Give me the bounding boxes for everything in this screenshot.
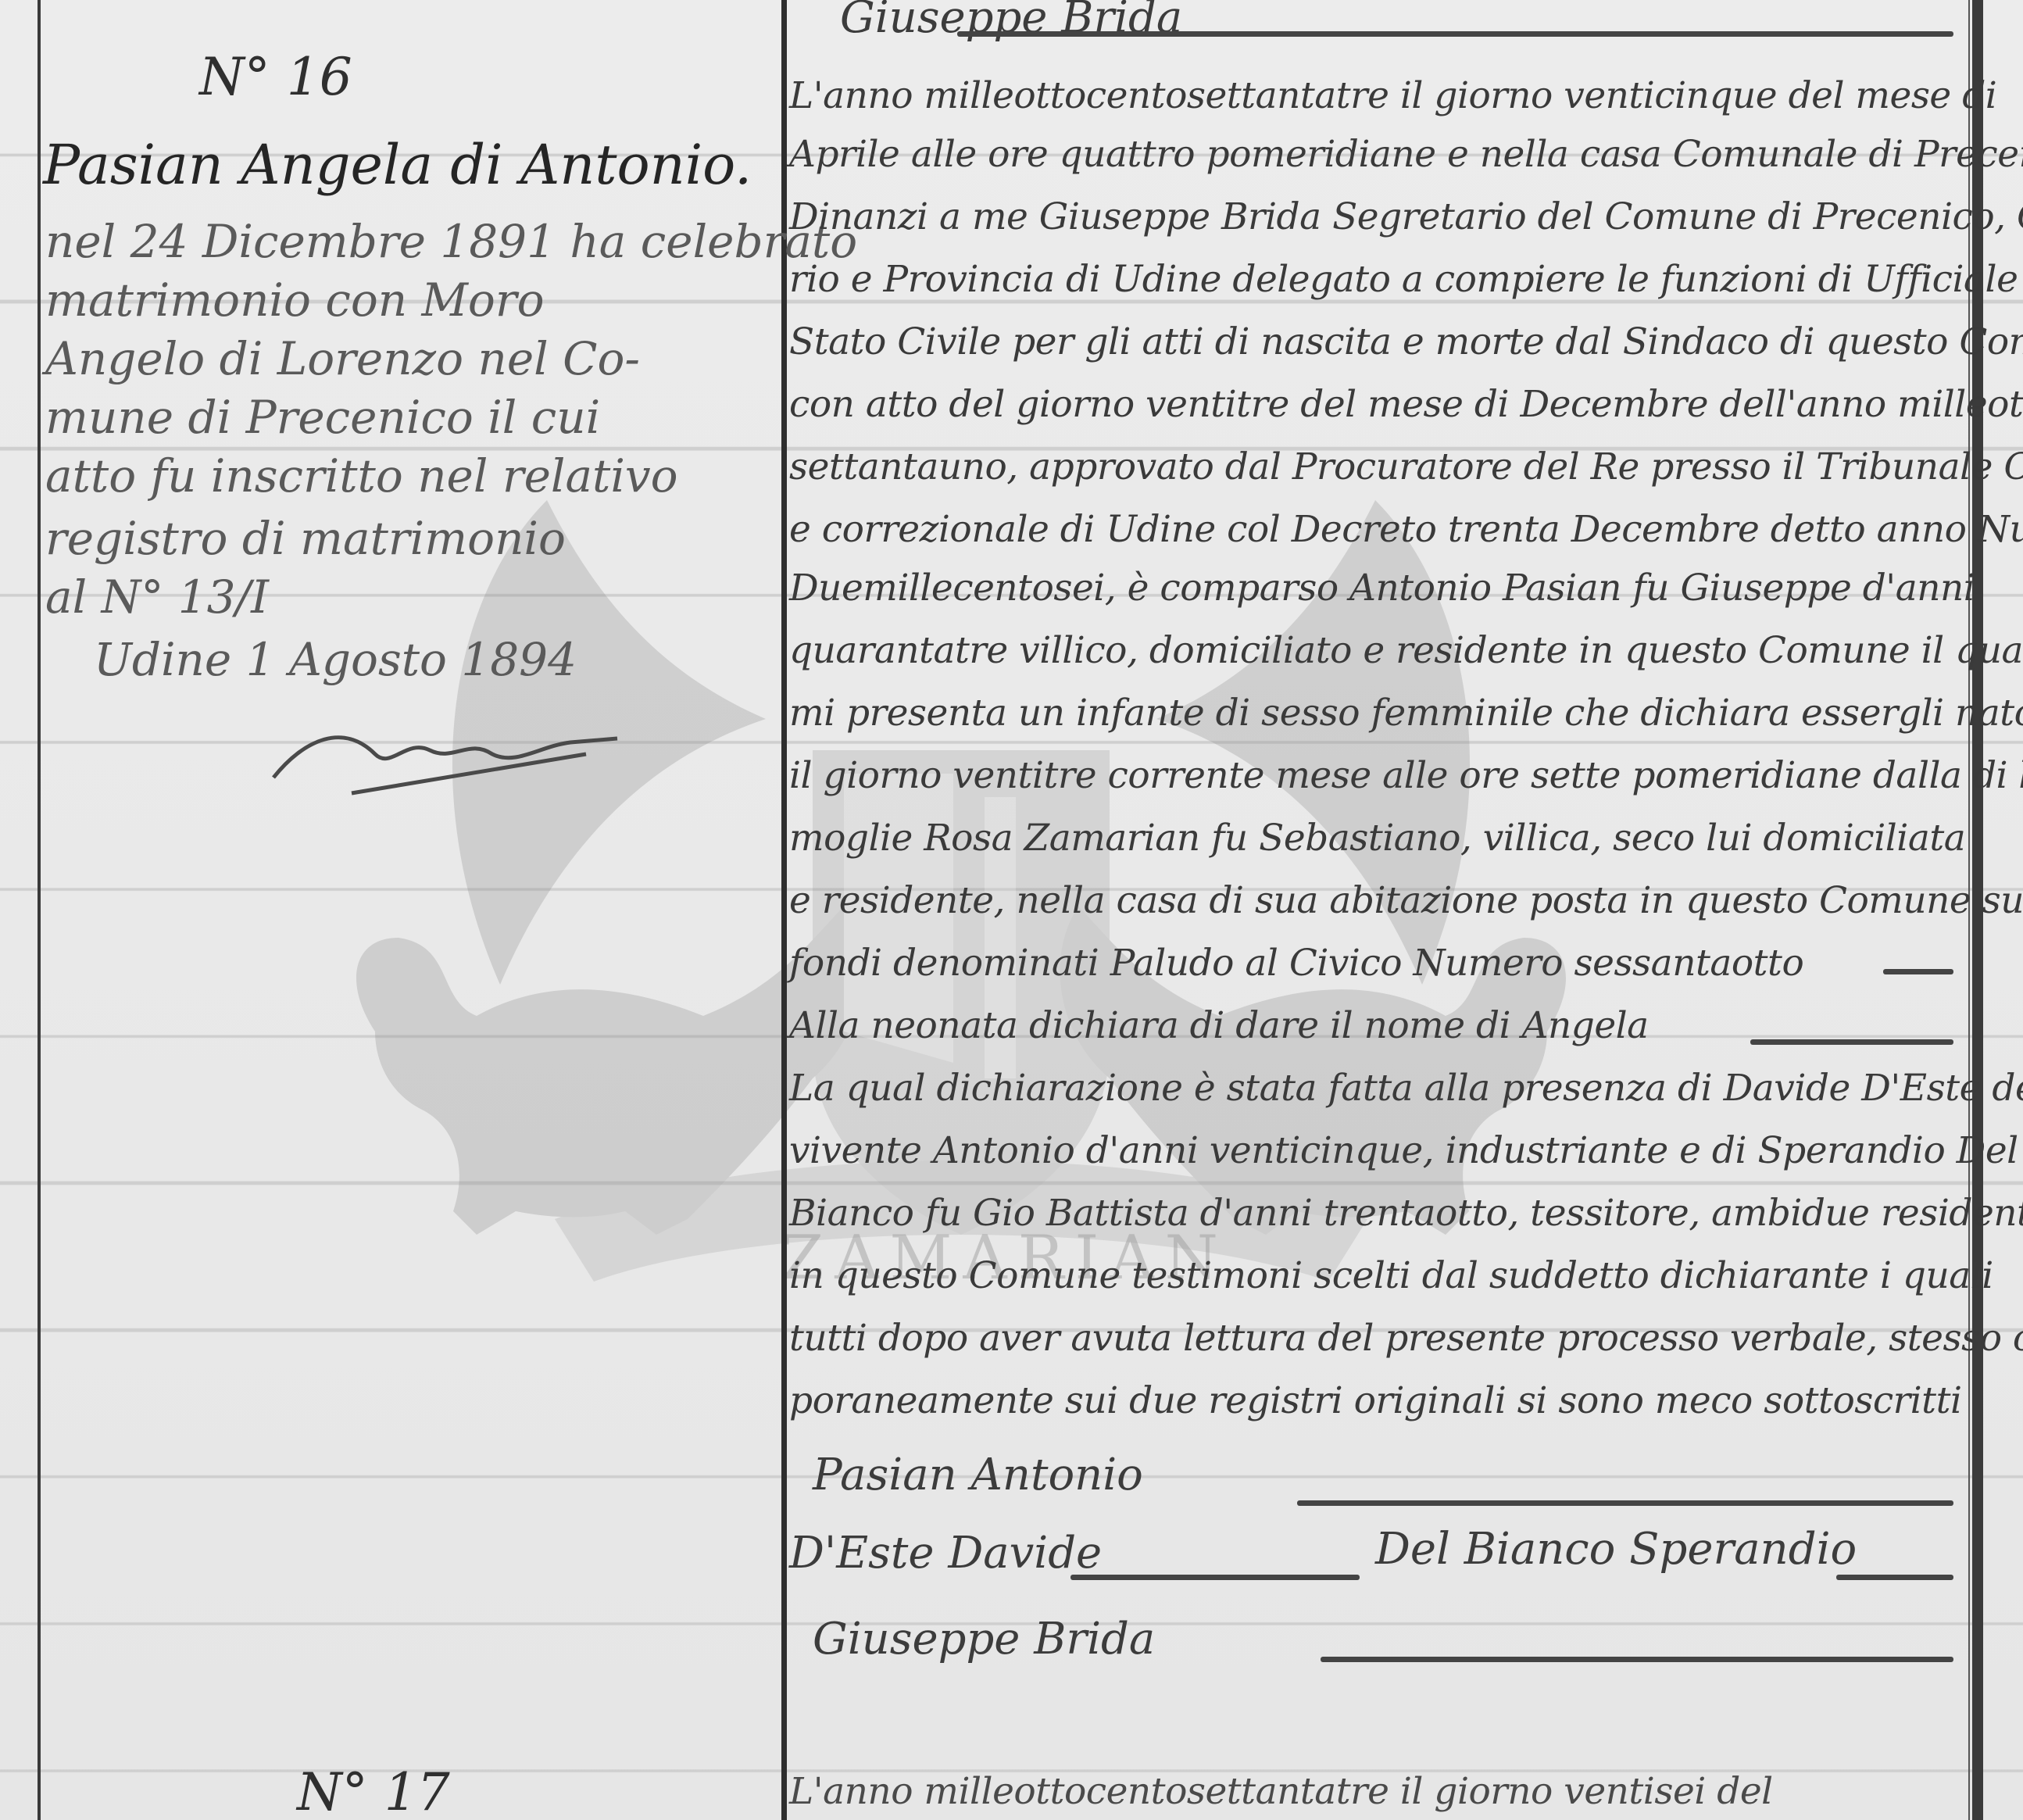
- record-line: L'anno milleottocentosettantatre il gior…: [789, 74, 1996, 117]
- record-line: Aprile alle ore quattro pomeridiane e ne…: [789, 133, 2023, 176]
- record-line: Stato Civile per gli atti di nascita e m…: [789, 320, 2023, 363]
- record-line: La qual dichiarazione è stata fatta alla…: [789, 1067, 2023, 1110]
- witness-2-signature: Del Bianco Sperandio: [1375, 1524, 1857, 1575]
- annotation-line: al N° 13/I: [45, 570, 269, 624]
- record-line: il giorno ventitre corrente mese alle or…: [789, 754, 2023, 797]
- signature-line: [1070, 1575, 1360, 1580]
- record-line: Bianco fu Gio Battista d'anni trentaotto…: [789, 1192, 2023, 1235]
- annotation-line: matrimonio con Moro: [45, 274, 544, 327]
- signature-line: [1836, 1575, 1953, 1580]
- record-line: Dinanzi a me Giuseppe Brida Segretario d…: [789, 195, 2023, 238]
- column-divider: [781, 0, 787, 1820]
- record-line: poraneamente sui due registri originali …: [789, 1379, 1962, 1422]
- fill-line: [1883, 969, 1953, 974]
- signature-line: [1297, 1500, 1953, 1506]
- record-line: e correzionale di Udine col Decreto tren…: [789, 508, 2023, 551]
- entry-number: N° 16: [199, 47, 352, 107]
- record-line: vivente Antonio d'anni venticinque, indu…: [789, 1129, 2018, 1172]
- record-line: in questo Comune testimoni scelti dal su…: [789, 1254, 1993, 1297]
- declarant-signature: Pasian Antonio: [813, 1450, 1143, 1500]
- record-line: tutti dopo aver avuta lettura del presen…: [789, 1317, 2023, 1360]
- annotation-line: registro di matrimonio: [45, 512, 566, 565]
- record-line-father: Duemillecentosei, è comparso Antonio Pas…: [789, 567, 1975, 610]
- annotation-line: nel 24 Dicembre 1891 ha celebrato: [45, 215, 857, 268]
- left-margin-rule: [38, 0, 41, 1820]
- signature-line: [1321, 1657, 1953, 1662]
- record-line-child-name: Alla neonata dichiara di dare il nome di…: [789, 1004, 1649, 1047]
- record-line-mother: moglie Rosa Zamarian fu Sebastiano, vill…: [789, 817, 1965, 860]
- record-line: mi presenta un infante di sesso femminil…: [789, 692, 2023, 735]
- record-line: fondi denominati Paludo al Civico Numero…: [789, 942, 1803, 985]
- annotation-line: mune di Precenico il cui: [45, 391, 600, 444]
- officer-signature: Giuseppe Brida: [813, 1614, 1155, 1664]
- entry-heading: Pasian Angela di Antonio.: [43, 133, 752, 197]
- annotation-line: Angelo di Lorenzo nel Co-: [45, 332, 640, 385]
- record-line: quarantatre villico, domiciliato e resid…: [789, 629, 2023, 672]
- fill-line: [1750, 1039, 1953, 1045]
- record-line: settantauno, approvato dal Procuratore d…: [789, 445, 2023, 488]
- annotation-date: Udine 1 Agosto 1894: [94, 633, 577, 686]
- record-line: rio e Provincia di Udine delegato a comp…: [789, 258, 2023, 301]
- record-line: e residente, nella casa di sua abitazion…: [789, 879, 2023, 922]
- register-page: ZAMARIAN N° 16 Pasian Angela di Antonio.…: [0, 0, 2023, 1820]
- signature-line: [957, 31, 1953, 37]
- witness-1-signature: D'Este Davide: [789, 1528, 1102, 1579]
- next-record-first-line: L'anno milleottocentosettantatre il gior…: [789, 1770, 1773, 1813]
- annotation-line: atto fu inscritto nel relativo: [45, 449, 678, 502]
- record-line: con atto del giorno ventitre del mese di…: [789, 383, 2023, 426]
- annotation-signature-icon: [258, 707, 633, 817]
- next-entry-number: N° 17: [297, 1762, 450, 1820]
